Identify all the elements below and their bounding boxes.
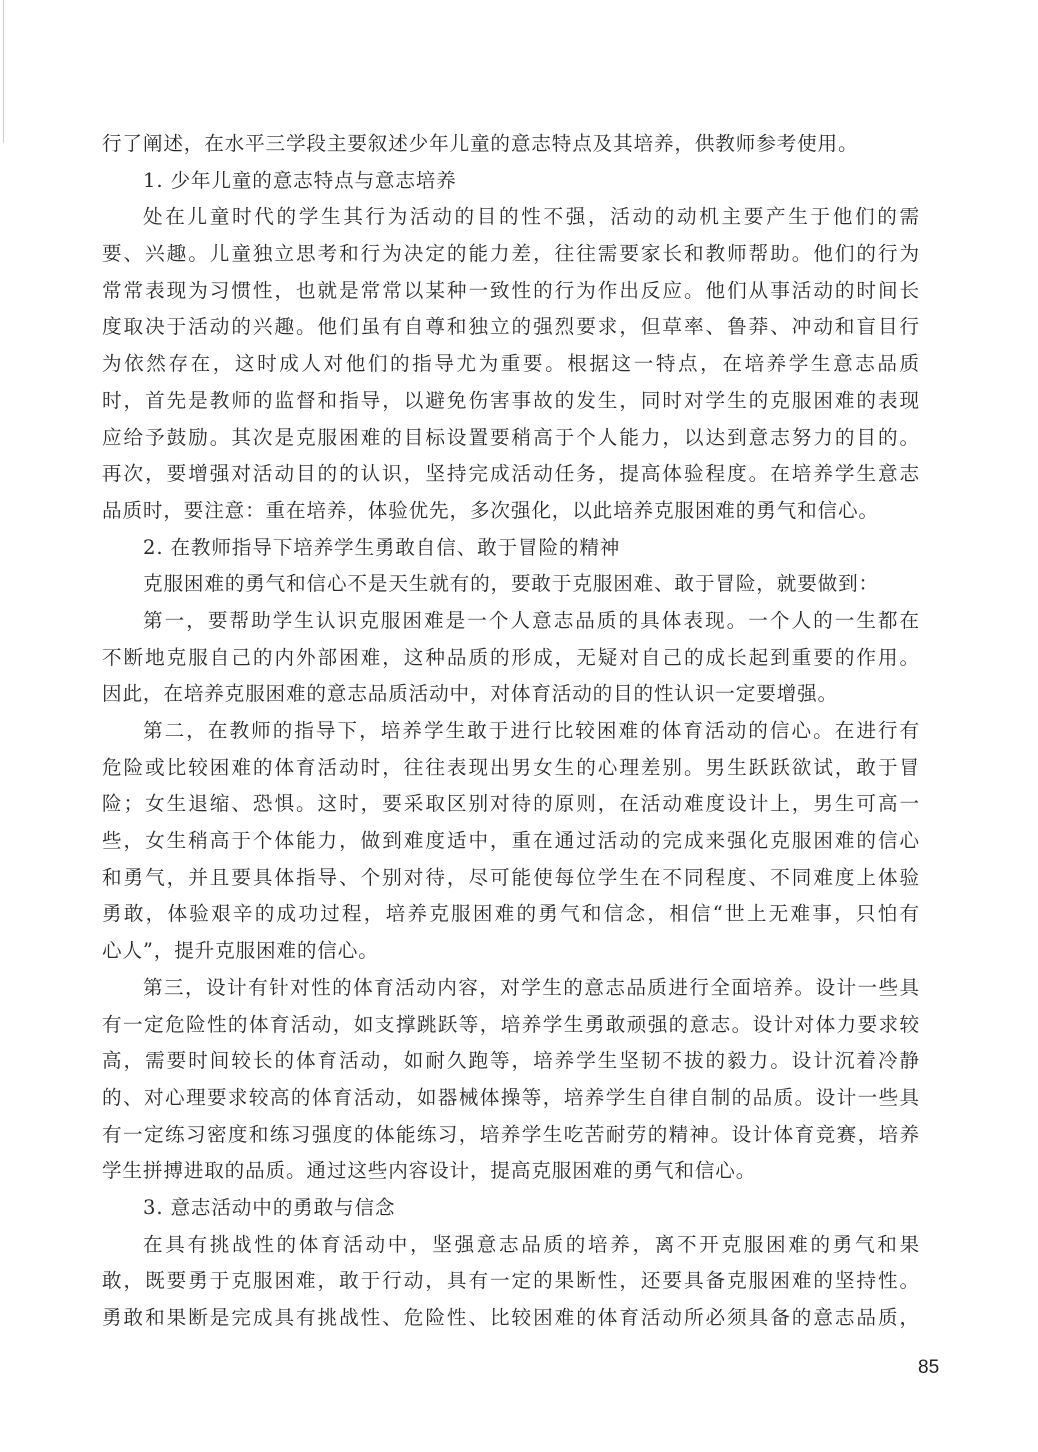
text-line: 危险或比较困难的体育活动时，往往表现出男女生的心理差别。男生跃跃欲试，敢于冒 <box>102 750 920 787</box>
text-line: 1. 少年儿童的意志特点与意志培养 <box>102 163 920 200</box>
text-line: 高，需要时间较长的体育活动，如耐久跑等，培养学生坚韧不拔的毅力。设计沉着冷静 <box>102 1043 920 1080</box>
text-line: 不断地克服自己的内外部困难，这种品质的形成，无疑对自己的成长起到重要的作用。 <box>102 640 920 677</box>
text-line: 处在儿童时代的学生其行为活动的目的性不强，活动的动机主要产生于他们的需 <box>102 199 920 236</box>
text-line: 应给予鼓励。其次是克服困难的目标设置要稍高于个人能力，以达到意志努力的目的。 <box>102 420 920 457</box>
text-line: 第二，在教师的指导下，培养学生敢于进行比较困难的体育活动的信心。在进行有 <box>102 713 920 750</box>
text-line: 为依然存在，这时成人对他们的指导尤为重要。根据这一特点，在培养学生意志品质 <box>102 346 920 383</box>
text-line: 3. 意志活动中的勇敢与信念 <box>102 1190 920 1227</box>
text-line: 度取决于活动的兴趣。他们虽有自尊和独立的强烈要求，但草率、鲁莽、冲动和盲目行 <box>102 309 920 346</box>
text-line: 时，首先是教师的监督和指导，以避免伤害事故的发生，同时对学生的克服困难的表现 <box>102 383 920 420</box>
text-line: 险；女生退缩、恐惧。这时，要采取区别对待的原则，在活动难度设计上，男生可高一 <box>102 786 920 823</box>
page-edge-line <box>3 0 4 143</box>
text-line: 要、兴趣。儿童独立思考和行为决定的能力差，往往需要家长和教师帮助。他们的行为 <box>102 236 920 273</box>
text-line: 的、对心理要求较高的体育活动，如器械体操等，培养学生自律自制的品质。设计一些具 <box>102 1080 920 1117</box>
text-line: 因此，在培养克服困难的意志品质活动中，对体育活动的目的性认识一定要增强。 <box>102 676 920 713</box>
text-line: 常常表现为习惯性，也就是常常以某种一致性的行为作出反应。他们从事活动的时间长 <box>102 273 920 310</box>
text-line: 2. 在教师指导下培养学生勇敢自信、敢于冒险的精神 <box>102 530 920 567</box>
text-line: 在具有挑战性的体育活动中，坚强意志品质的培养，离不开克服困难的勇气和果 <box>102 1227 920 1264</box>
text-line: 有一定练习密度和练习强度的体能练习，培养学生吃苦耐劳的精神。设计体育竞赛，培养 <box>102 1117 920 1154</box>
text-line: 第三，设计有针对性的体育活动内容，对学生的意志品质进行全面培养。设计一些具 <box>102 970 920 1007</box>
text-line: 勇敢和果断是完成具有挑战性、危险性、比较困难的体育活动所必须具备的意志品质， <box>102 1300 920 1337</box>
text-line: 品质时，要注意：重在培养，体验优先，多次强化，以此培养克服困难的勇气和信心。 <box>102 493 920 530</box>
text-line: 敢，既要勇于克服困难，敢于行动，具有一定的果断性，还要具备克服困难的坚持性。 <box>102 1263 920 1300</box>
text-line: 学生拼搏进取的品质。通过这些内容设计，提高克服困难的勇气和信心。 <box>102 1153 920 1190</box>
text-line: 有一定危险性的体育活动，如支撑跳跃等，培养学生勇敢顽强的意志。设计对体力要求较 <box>102 1007 920 1044</box>
text-line: 心人”，提升克服困难的信心。 <box>102 933 920 970</box>
text-line: 些，女生稍高于个体能力，做到难度适中，重在通过活动的完成来强化克服困难的信心 <box>102 823 920 860</box>
page-number: 85 <box>918 1357 939 1379</box>
text-line: 再次，要增强对活动目的的认识，坚持完成活动任务，提高体验程度。在培养学生意志 <box>102 456 920 493</box>
text-line: 勇敢，体验艰辛的成功过程，培养克服困难的勇气和信念，相信“世上无难事，只怕有 <box>102 896 920 933</box>
text-line: 行了阐述，在水平三学段主要叙述少年儿童的意志特点及其培养，供教师参考使用。 <box>102 126 920 163</box>
text-line: 第一，要帮助学生认识克服困难是一个人意志品质的具体表现。一个人的一生都在 <box>102 603 920 640</box>
page-body-text: 行了阐述，在水平三学段主要叙述少年儿童的意志特点及其培养，供教师参考使用。1. … <box>102 126 920 1337</box>
text-line: 克服困难的勇气和信心不是天生就有的，要敢于克服困难、敢于冒险，就要做到： <box>102 566 920 603</box>
text-line: 和勇气，并且要具体指导、个别对待，尽可能使每位学生在不同程度、不同难度上体验 <box>102 860 920 897</box>
